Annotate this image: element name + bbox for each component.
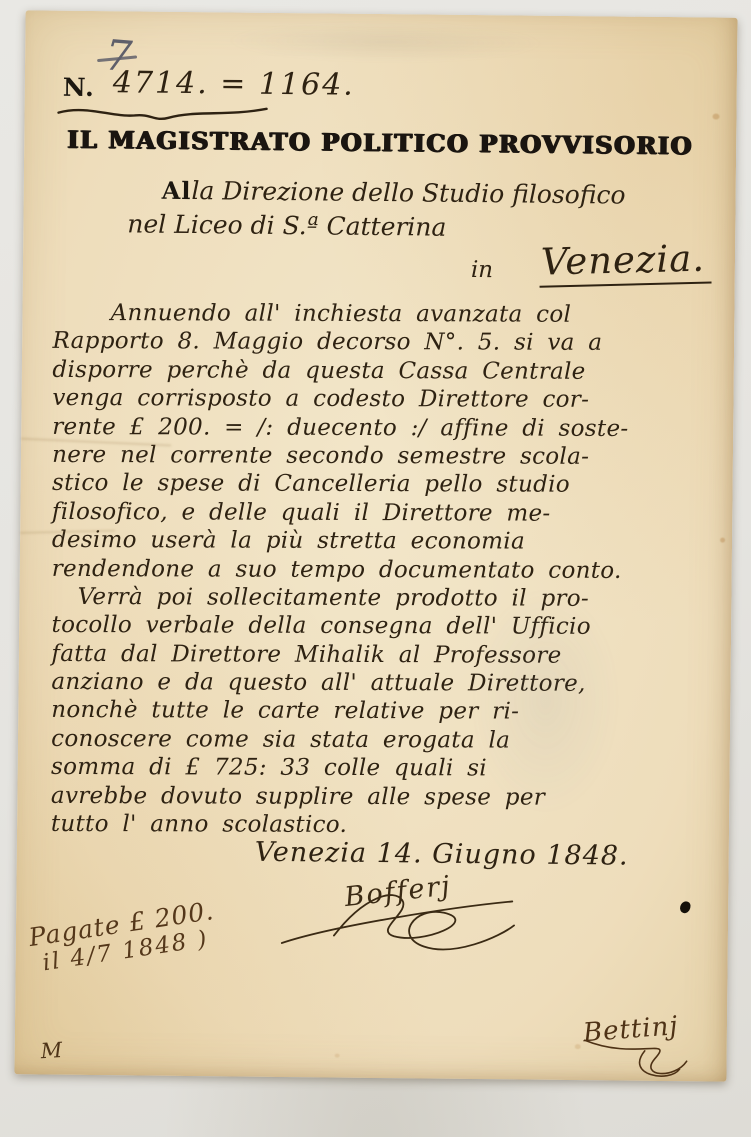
body-line: rendendone a suo tempo documentato conto…	[52, 554, 714, 585]
body-line: Annuendo all' inchiesta avanzata col	[53, 299, 715, 330]
body-line: stico le spese di Cancelleria pello stud…	[52, 469, 714, 500]
body-line: venga corrisposto a codesto Direttore co…	[52, 384, 714, 415]
underline-flourish	[56, 103, 271, 125]
address-in-word: in	[471, 257, 493, 283]
age-spot	[575, 1044, 581, 1049]
countersignature-flourish	[574, 1030, 705, 1081]
ink-blot	[679, 900, 692, 914]
age-spot	[720, 538, 725, 543]
age-spot	[335, 1054, 340, 1058]
corner-initial: M	[40, 1038, 63, 1063]
address-line-2: nel Liceo di S.ª Catterina	[127, 209, 446, 241]
printed-al-prefix: Al	[162, 176, 192, 205]
printed-letterhead: IL MAGISTRATO POLITICO PROVVISORIO	[24, 124, 736, 160]
address-line-1-text: la Direzione dello Studio filosofico	[191, 176, 625, 210]
letter-sheet: 7 N. 4714. = 1164. IL MAGISTRATO POLITIC…	[14, 10, 737, 1081]
body-line: disporre perchè da questa Cassa Centrale	[52, 356, 714, 387]
letter-body: Annuendo all' inchiesta avanzata col Rap…	[51, 299, 715, 841]
address-city: Venezia.	[538, 236, 711, 287]
age-spot	[712, 114, 719, 120]
body-line: tocollo verbale della consegna dell' Uff…	[52, 611, 714, 642]
address-line-1: Alla Direzione dello Studio filosofico	[162, 176, 626, 210]
body-line: Verrà poi sollecitamente prodotto il pro…	[52, 583, 714, 614]
body-line: avrebbe dovuto supplire alle spese per	[51, 782, 713, 813]
printed-number-label: N.	[63, 73, 95, 102]
body-line: somma di £ 725: 33 colle quali si	[51, 753, 713, 784]
body-line: Rapporto 8. Maggio decorso N°. 5. si va …	[52, 327, 714, 358]
bleed-through-smudge	[225, 20, 545, 63]
body-line: desimo userà la più stretta economia	[52, 526, 714, 557]
body-line: rente £ 200. = /: duecento :/ affine di …	[52, 412, 714, 443]
payment-note: Pagate £ 200. il 4/7 1848 )	[27, 896, 220, 978]
protocol-number: 4714. = 1164.	[113, 65, 355, 103]
body-line: tutto l' anno scolastico.	[51, 810, 713, 841]
age-spot	[118, 341, 122, 345]
body-line: filosofico, e delle quali il Direttore m…	[52, 498, 714, 529]
dateline: Venezia 14. Giugno 1848.	[255, 837, 629, 872]
